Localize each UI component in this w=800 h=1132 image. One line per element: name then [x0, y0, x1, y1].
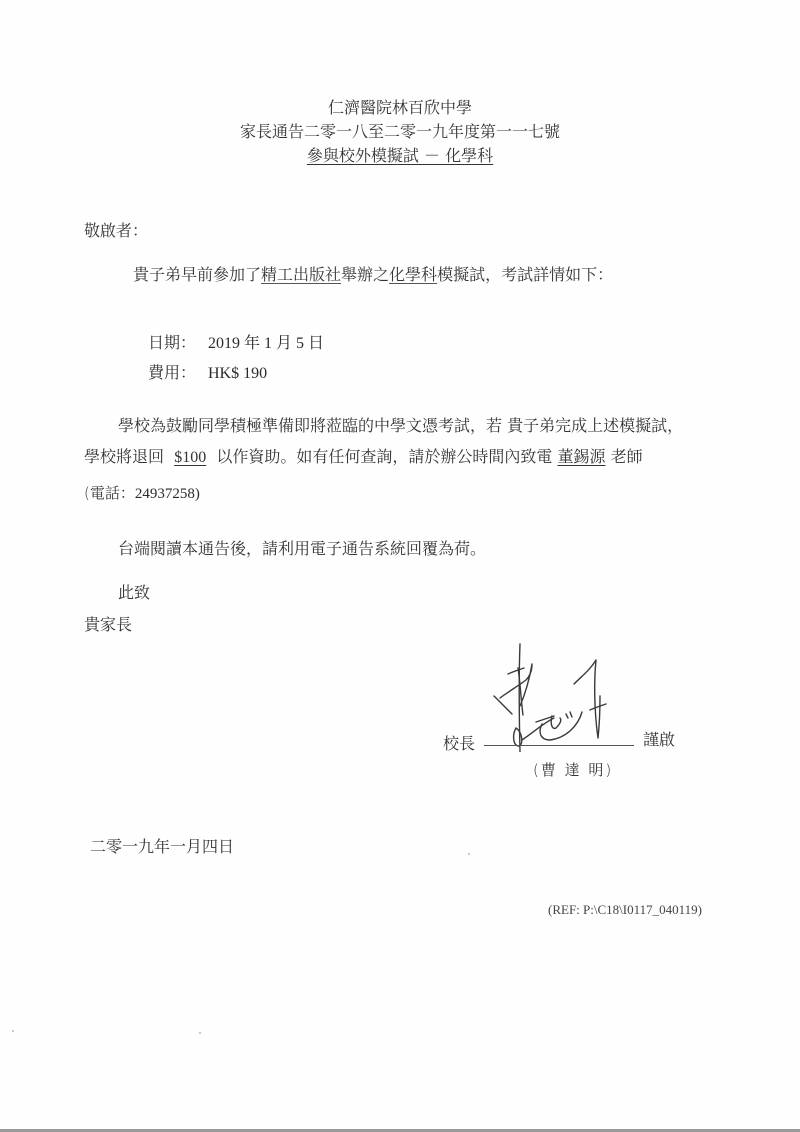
- date-value: 2019 年 1 月 5 日: [208, 335, 324, 352]
- issue-date: 二零一九年一月四日: [90, 834, 234, 857]
- scan-speck: [12, 1030, 14, 1032]
- notice-header: 仁濟醫院林百欣中學 家長通告二零一八至二零一九年度第一一七號 參與校外模擬試 －…: [0, 96, 800, 168]
- notice-number: 家長通告二零一八至二零一九年度第一一七號: [0, 120, 800, 144]
- exam-subject: 化學科: [389, 265, 437, 284]
- notice-subject: 參與校外模擬試 － 化學科: [307, 146, 493, 165]
- principal-name: (曹 達 明): [533, 759, 613, 780]
- refund-amount: $100: [174, 449, 206, 466]
- contact-phone: (電話：24937258): [84, 482, 200, 503]
- reply-instruction: 台端閱讀本通告後，請利用電子通告系統回覆為荷。: [118, 536, 486, 559]
- enquiry-text: 以作資助。如有任何查詢，請於辦公時間內致電: [216, 447, 552, 466]
- refund-text: 學校將退回: [84, 447, 164, 466]
- exam-fee-row: 費用：HK$ 190: [148, 360, 267, 383]
- school-name: 仁濟醫院林百欣中學: [0, 96, 800, 120]
- phone-number: 24937258: [135, 486, 195, 502]
- intro-prefix: 貴子弟早前參加了: [133, 265, 261, 284]
- fee-label: 費用：: [148, 360, 208, 383]
- subsidy-paragraph-line-1: 學校為鼓勵同學積極準備即將蒞臨的中學文憑考試，若 貴子弟完成上述模擬試，: [118, 413, 683, 436]
- date-label: 日期：: [148, 330, 208, 353]
- phone-label: (電話：: [84, 484, 135, 502]
- signature-title: 校長: [443, 731, 475, 754]
- document-page: 仁濟醫院林百欣中學 家長通告二零一八至二零一九年度第一一七號 參與校外模擬試 －…: [0, 0, 800, 1132]
- phone-close: ): [195, 486, 200, 502]
- intro-middle: 舉辦之: [341, 265, 389, 284]
- intro-paragraph: 貴子弟早前參加了精工出版社舉辦之化學科模擬試，考試詳情如下：: [133, 262, 613, 285]
- signature-line: [484, 745, 634, 746]
- signature-closing: 謹啟: [643, 727, 675, 750]
- teacher-title: 老師: [611, 447, 643, 466]
- scan-speck: [468, 853, 470, 855]
- reference-code: (REF: P:\C18\I0117_040119): [548, 902, 702, 918]
- exam-date-row: 日期：2019 年 1 月 5 日: [148, 330, 324, 353]
- recipient: 貴家長: [84, 612, 132, 635]
- salutation: 敬啟者：: [84, 218, 148, 241]
- subsidy-paragraph-line-2: 學校將退回 $100 以作資助。如有任何查詢，請於辦公時間內致電 董錫源 老師: [84, 444, 643, 467]
- publisher-name: 精工出版社: [261, 265, 341, 284]
- intro-suffix: 模擬試，考試詳情如下：: [437, 265, 613, 284]
- principal-signature: [486, 640, 636, 752]
- contact-teacher: 董錫源: [557, 447, 605, 466]
- scan-speck: [199, 1032, 201, 1034]
- fee-value: HK$ 190: [208, 365, 267, 382]
- closing-phrase: 此致: [118, 580, 150, 603]
